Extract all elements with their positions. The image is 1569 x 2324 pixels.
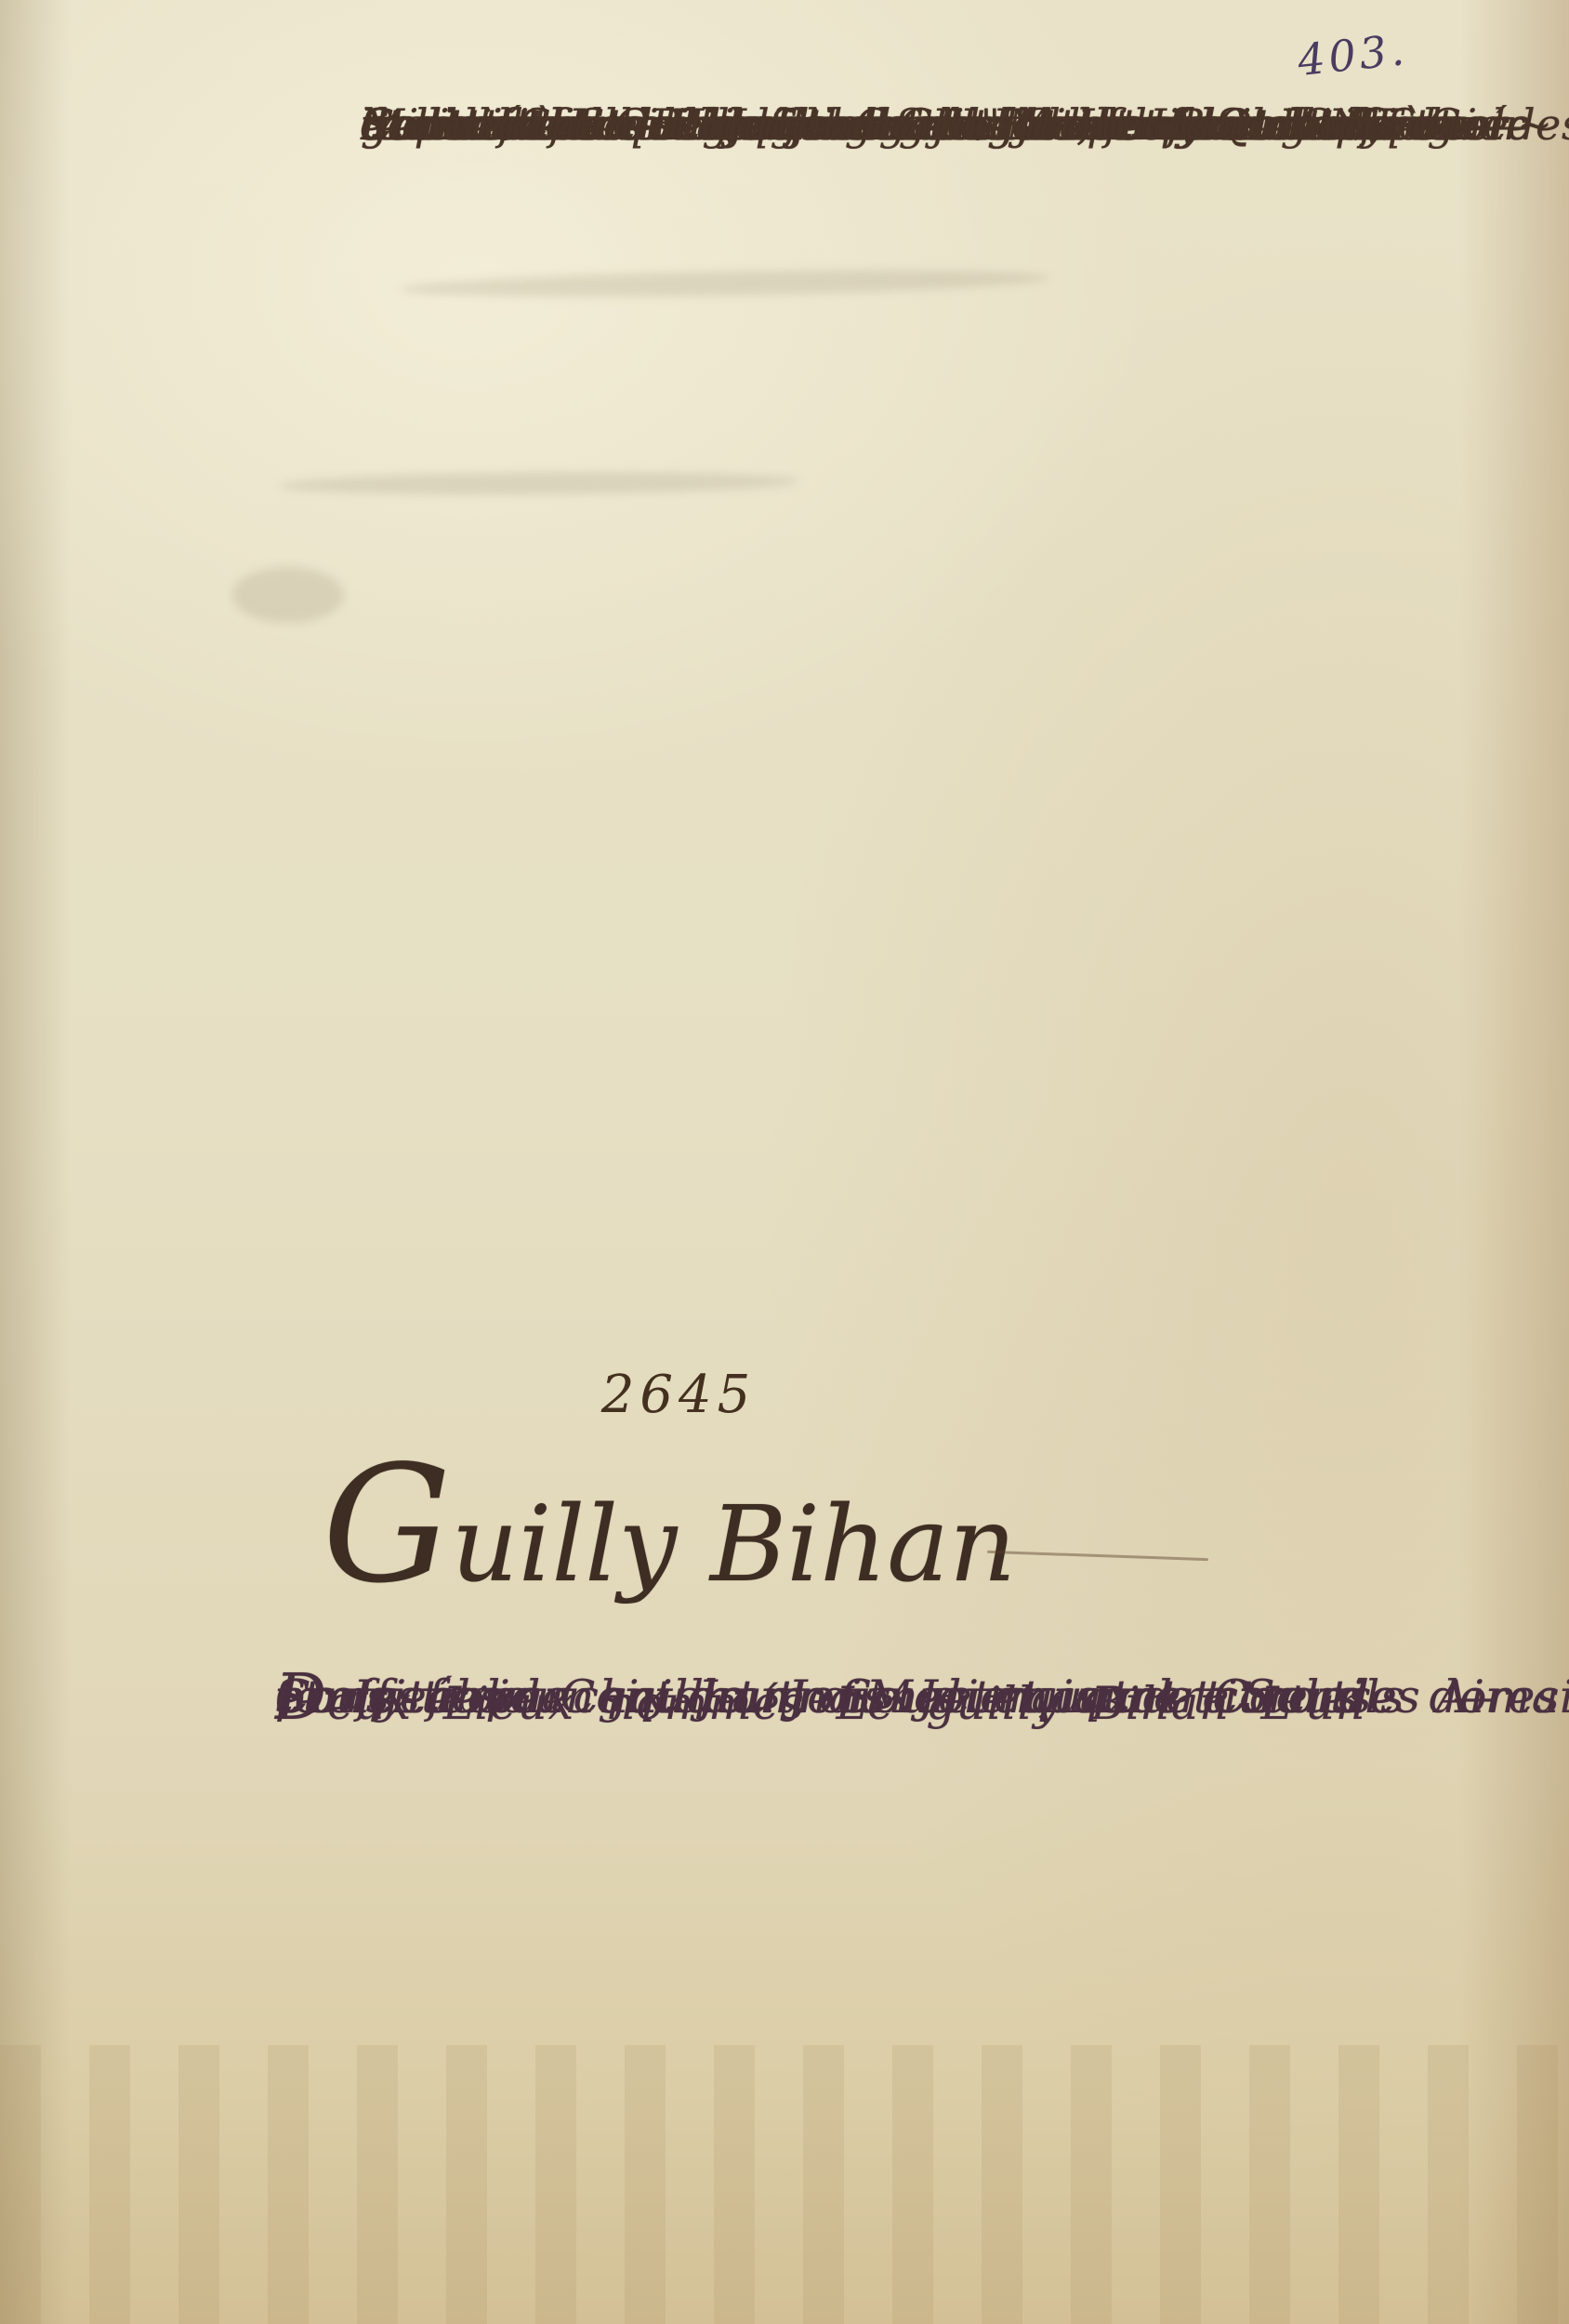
folio-number: 403. xyxy=(1296,24,1410,86)
manuscript-line: terre froide six Journaux et quatre cord… xyxy=(275,1653,1372,1742)
bleedthrough-smudge xyxy=(400,266,1050,301)
section-heading: Guilly Bihan xyxy=(307,1424,1032,1626)
page-sheet: 403. aud. titre de domaine Congeable par… xyxy=(0,0,1569,2324)
entry-number: 2645 xyxy=(502,1365,855,1425)
bleedthrough-smudge xyxy=(279,470,799,497)
bleedthrough-smudge xyxy=(232,567,344,623)
manuscript-line: grand Chemin du bourg d'Elliant a Quimpe… xyxy=(361,82,1410,167)
manuscript-photo: ) — ʃ 403. aud. titre de domaine Congeab… xyxy=(0,0,1569,2324)
